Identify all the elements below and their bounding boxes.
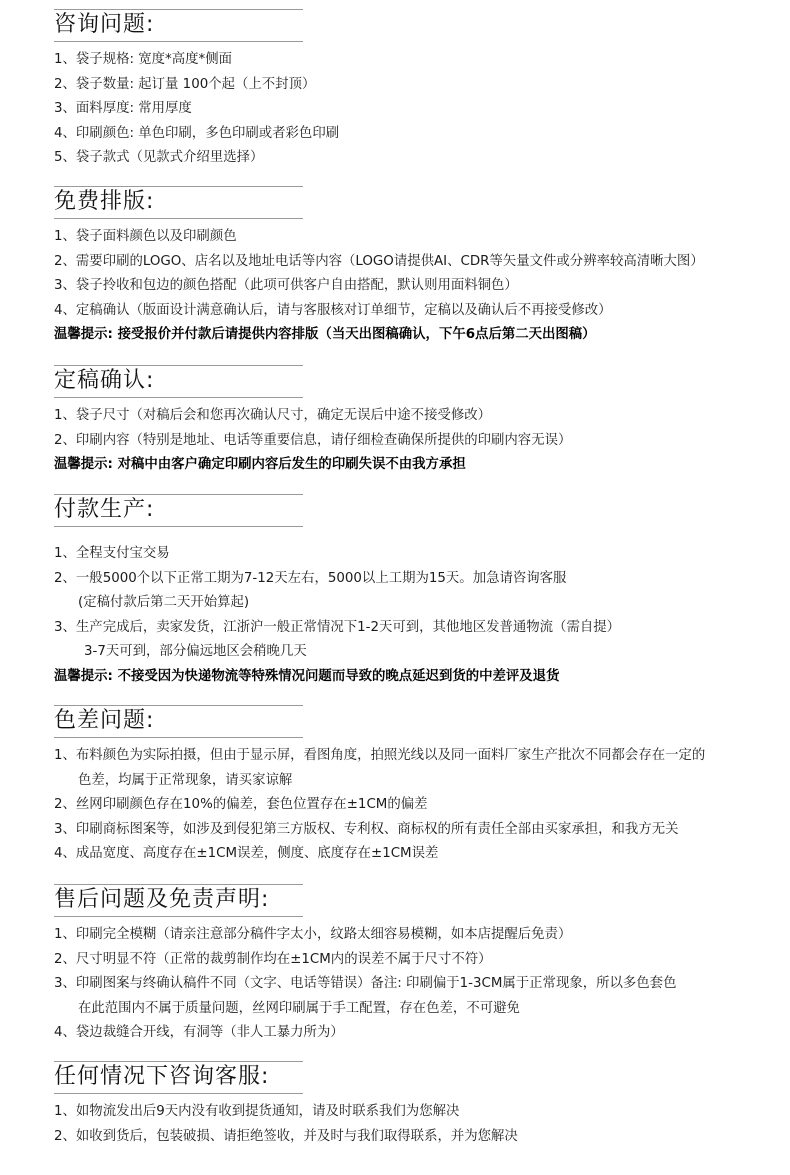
- list-item: 3、印刷图案与终确认稿件不同（文字、电话等错误）备注: 印刷偏于1-3CM属于正…: [54, 972, 784, 997]
- section-inquiry: 咨询问题: 1、袋子规格: 宽度*高度*侧面 2、袋子数量: 起订量 100个起…: [54, 9, 784, 171]
- list-item-continuation: (定稿付款后第二天开始算起): [54, 591, 784, 616]
- section-customer-service: 任何情况下咨询客服: 1、如物流发出后9天内没有收到提货通知，请及时联系我们为您…: [54, 1061, 784, 1149]
- list-item: 2、一般5000个以下正常工期为7-12天左右，5000以上工期为15天。加急请…: [54, 567, 784, 592]
- section-free-layout: 免费排版: 1、袋子面料颜色以及印刷颜色 2、需要印刷的LOGO、店名以及地址电…: [54, 186, 784, 348]
- list-item-continuation: 色差，均属于正常现象，请买家谅解: [54, 769, 784, 794]
- section-title: 付款生产:: [54, 495, 303, 525]
- list-item: 2、丝网印刷颜色存在10%的偏差，套色位置存在±1CM的偏差: [54, 793, 784, 818]
- list-item: 2、尺寸明显不符（正常的裁剪制作均在±1CM内的误差不属于尺寸不符）: [54, 948, 784, 973]
- list-item: 4、袋边裁缝合开线，有洞等（非人工暴力所为）: [54, 1021, 784, 1046]
- section-heading: 售后问题及免责声明:: [54, 884, 303, 917]
- section-title: 咨询问题:: [54, 10, 303, 40]
- section-payment-production: 付款生产: 1、全程支付宝交易 2、一般5000个以下正常工期为7-12天左右，…: [54, 494, 784, 689]
- section-heading: 免费排版:: [54, 186, 303, 219]
- list-item: 1、印刷完全模糊（请亲注意部分稿件字太小，纹路太细容易模糊，如本店提醒后免责）: [54, 923, 784, 948]
- list-item: 4、印刷颜色: 单色印刷，多色印刷或者彩色印刷: [54, 122, 784, 147]
- section-after-sales: 售后问题及免责声明: 1、印刷完全模糊（请亲注意部分稿件字太小，纹路太细容易模糊…: [54, 884, 784, 1046]
- section-color-difference: 色差问题: 1、布料颜色为实际拍摄，但由于显示屏，看图角度，拍照光线以及同一面料…: [54, 705, 784, 867]
- warm-tip: 温馨提示: 不接受因为快递物流等特殊情况问题而导致的晚点延迟到货的中差评及退货: [54, 665, 784, 690]
- list-item-continuation: 3-7天可到，部分偏远地区会稍晚几天: [54, 640, 784, 665]
- list-item: 1、袋子尺寸（对稿后会和您再次确认尺寸，确定无误后中途不接受修改）: [54, 404, 784, 429]
- list-item: 4、成品宽度、高度存在±1CM误差，侧度、底度存在±1CM误差: [54, 842, 784, 867]
- list-item-continuation: 在此范围内不属于质量问题，丝网印刷属于手工配置，存在色差，不可避免: [54, 997, 784, 1022]
- list-item: 1、袋子面料颜色以及印刷颜色: [54, 225, 784, 250]
- list-item: 3、生产完成后，卖家发货，江浙沪一般正常情况下1-2天可到，其他地区发普通物流（…: [54, 616, 784, 641]
- list-item: 4、定稿确认（版面设计满意确认后，请与客服核对订单细节，定稿以及确认后不再接受修…: [54, 299, 784, 324]
- list-item: 3、面料厚度: 常用厚度: [54, 97, 784, 122]
- list-item: 1、如物流发出后9天内没有收到提货通知，请及时联系我们为您解决: [54, 1100, 784, 1125]
- list-item: 1、袋子规格: 宽度*高度*侧面: [54, 48, 784, 73]
- section-draft-confirmation: 定稿确认: 1、袋子尺寸（对稿后会和您再次确认尺寸，确定无误后中途不接受修改） …: [54, 365, 784, 478]
- warm-tip: 温馨提示: 接受报价并付款后请提供内容排版（当天出图稿确认，下午6点后第二天出图…: [54, 323, 784, 348]
- list-item: 1、布料颜色为实际拍摄，但由于显示屏，看图角度，拍照光线以及同一面料厂家生产批次…: [54, 744, 784, 769]
- list-item: 1、全程支付宝交易: [54, 542, 784, 567]
- section-heading: 付款生产:: [54, 494, 303, 527]
- section-title: 售后问题及免责声明:: [54, 885, 303, 915]
- section-title: 任何情况下咨询客服:: [54, 1062, 303, 1092]
- list-item: 2、如收到货后，包装破损、请拒绝签收，并及时与我们取得联系，并为您解决: [54, 1125, 784, 1150]
- list-item: 3、印刷商标图案等，如涉及到侵犯第三方版权、专利权、商标权的所有责任全部由买家承…: [54, 818, 784, 843]
- list-item: 5、袋子款式（见款式介绍里选择）: [54, 146, 784, 171]
- section-heading: 色差问题:: [54, 705, 303, 738]
- section-heading: 任何情况下咨询客服:: [54, 1061, 303, 1094]
- warm-tip: 温馨提示: 对稿中由客户确定印刷内容后发生的印刷失误不由我方承担: [54, 453, 784, 478]
- section-heading: 咨询问题:: [54, 9, 303, 42]
- list-item: 2、印刷内容（特别是地址、电话等重要信息，请仔细检查确保所提供的印刷内容无误）: [54, 429, 784, 454]
- section-title: 定稿确认:: [54, 366, 303, 396]
- section-title: 免费排版:: [54, 187, 303, 217]
- list-item: 2、需要印刷的LOGO、店名以及地址电话等内容（LOGO请提供AI、CDR等矢量…: [54, 250, 784, 275]
- list-item: 2、袋子数量: 起订量 100个起（上不封顶）: [54, 73, 784, 98]
- list-item: 3、袋子拎收和包边的颜色搭配（此项可供客户自由搭配，默认则用面料铜色）: [54, 274, 784, 299]
- section-heading: 定稿确认:: [54, 365, 303, 398]
- section-title: 色差问题:: [54, 706, 303, 736]
